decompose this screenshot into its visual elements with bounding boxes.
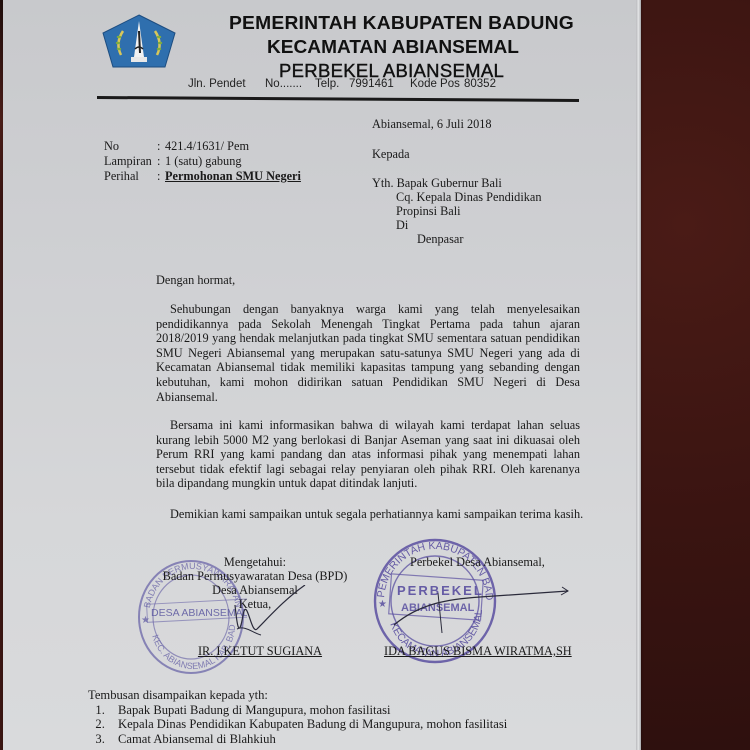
- carbon-copy-section: Tembusan disampaikan kepada yth: Bapak B…: [88, 688, 507, 746]
- paragraph-text: Bersama ini kami informasikan bahwa di w…: [156, 418, 580, 491]
- subject-colon: :: [157, 169, 160, 184]
- svg-text:★: ★: [378, 599, 387, 610]
- recipient-kepada: Kepada: [372, 147, 410, 162]
- svg-text:★: ★: [141, 615, 150, 626]
- recipient-line-5: Denpasar: [417, 232, 463, 247]
- recipient-line-2: Cq. Kepala Dinas Pendidikan: [396, 190, 542, 205]
- cc-item: Bapak Bupati Badung di Mangupura, mohon …: [108, 703, 507, 718]
- sig-left-line-1: Mengetahui:: [150, 555, 360, 570]
- attachment-value: 1 (satu) gabung: [165, 154, 242, 169]
- phone-label: Telp.: [315, 78, 339, 90]
- letter-number: 421.4/1631/ Pem: [165, 139, 249, 154]
- body-paragraph-3: Demikian kami sampaikan untuk segala per…: [156, 507, 596, 522]
- address-street: Jln. Pendet: [188, 78, 246, 90]
- number-colon: :: [157, 139, 160, 154]
- recipient-line-4: Di: [396, 218, 408, 233]
- body-paragraph-1: Sehubungan dengan banyaknya warga kami y…: [156, 302, 580, 404]
- phone-number: 7991461: [349, 78, 394, 90]
- subject-value: Permohonan SMU Negeri: [165, 169, 301, 184]
- badung-regency-emblem-icon: [101, 13, 177, 69]
- sig-right-line-1: Perbekel Desa Abiansemal,: [410, 555, 585, 570]
- cc-item: Kepala Dinas Pendidikan Kabupaten Badung…: [108, 717, 507, 732]
- cc-heading: Tembusan disampaikan kepada yth:: [88, 688, 507, 703]
- handwritten-signature-right: [390, 585, 570, 635]
- recipient-line-1: Yth. Bapak Gubernur Bali: [372, 176, 502, 191]
- sig-left-name: IR. I KETUT SUGIANA: [150, 644, 370, 659]
- paragraph-text: Sehubungan dengan banyaknya warga kami y…: [156, 302, 580, 404]
- postal-label: Kode Pos: [410, 78, 460, 90]
- handwritten-signature-left: [225, 585, 315, 645]
- cc-item: Camat Abiansemal di Blahkiuh: [108, 732, 507, 747]
- attachment-colon: :: [157, 154, 160, 169]
- salutation: Dengan hormat,: [156, 273, 235, 288]
- sig-right-name: IDA BAGUS BISMA WIRATMA,SH: [384, 644, 594, 659]
- body-paragraph-2: Bersama ini kami informasikan bahwa di w…: [156, 418, 580, 491]
- wooden-table-background: [641, 0, 750, 750]
- paragraph-text: Demikian kami sampaikan untuk segala per…: [156, 507, 596, 522]
- attachment-label: Lampiran: [104, 154, 152, 169]
- number-label: No: [104, 139, 119, 154]
- place-date: Abiansemal, 6 Juli 2018: [372, 117, 492, 132]
- paper-edge: [636, 0, 641, 750]
- address-number: No.......: [265, 78, 302, 90]
- recipient-line-3: Propinsi Bali: [396, 204, 461, 219]
- letterhead-district: KECAMATAN ABIANSEMAL: [267, 37, 519, 58]
- postal-code: 80352: [464, 78, 496, 90]
- cc-list: Bapak Bupati Badung di Mangupura, mohon …: [88, 703, 507, 747]
- letterhead-government: PEMERINTAH KABUPATEN BADUNG: [229, 13, 574, 34]
- subject-label: Perihal: [104, 169, 139, 184]
- sig-left-line-2: Badan Permusyawaratan Desa (BPD): [140, 569, 370, 584]
